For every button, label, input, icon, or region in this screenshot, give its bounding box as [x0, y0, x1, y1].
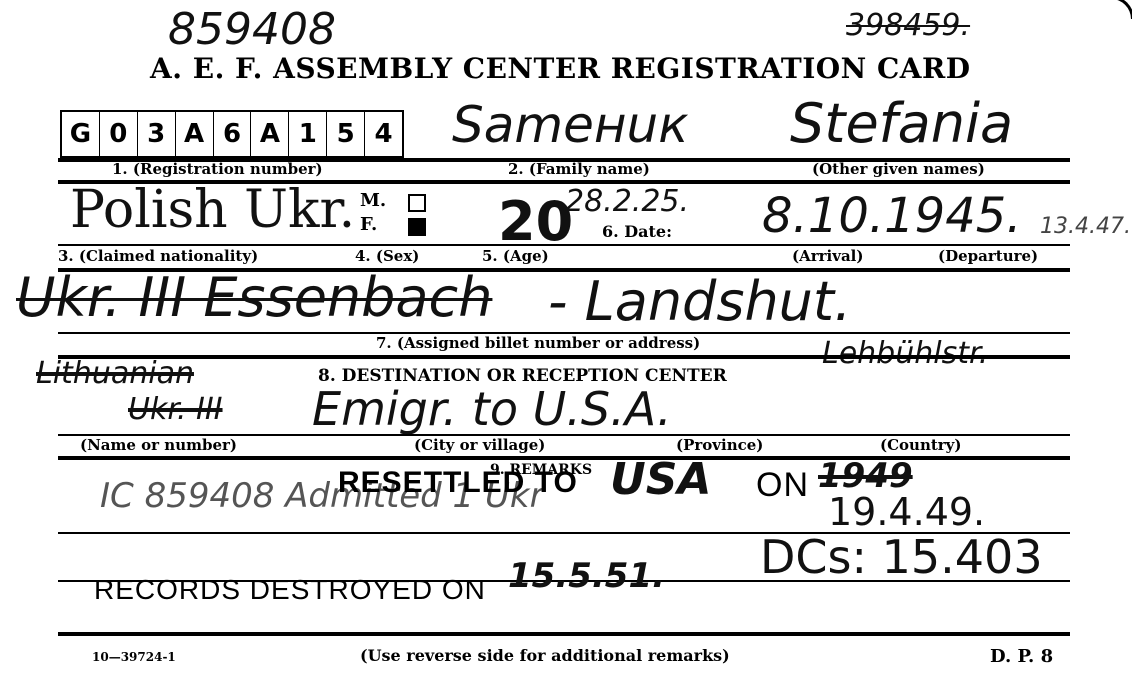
resettled-date-value: 19.4.49.	[828, 490, 985, 534]
label-arrival: (Arrival)	[792, 247, 863, 265]
card-title: A. E. F. ASSEMBLY CENTER REGISTRATION CA…	[150, 52, 971, 85]
billet-value: - Landshut.	[548, 270, 851, 333]
birth-date-value: 28.2.25.	[565, 184, 689, 219]
records-destroyed-date: 15.5.51.	[508, 556, 665, 596]
label-registration-number: 1. (Registration number)	[112, 160, 323, 178]
reg-digit: G	[62, 112, 100, 156]
billet-extra-value: Lehbühlstr.	[822, 336, 988, 371]
sex-m-checkbox[interactable]	[408, 194, 426, 212]
label-departure: (Departure)	[938, 247, 1038, 265]
rule	[58, 632, 1070, 636]
label-other-given-names: (Other given names)	[812, 160, 985, 178]
label-family-name: 2. (Family name)	[508, 160, 650, 178]
card-corner	[1071, 0, 1132, 19]
family-name-value: Sameнuк	[452, 96, 688, 154]
label-province: (Province)	[676, 436, 763, 454]
on-stamp: ON	[756, 466, 809, 505]
reg-digit: 5	[327, 112, 365, 156]
sex-f-label: F.	[360, 214, 377, 235]
rule	[58, 456, 1070, 460]
sex-f-checkbox[interactable]	[408, 218, 426, 236]
reg-digit: 3	[138, 112, 176, 156]
label-billet: 7. (Assigned billet number or address)	[376, 334, 700, 352]
destination-struck-value-2: Ukr. III	[128, 392, 223, 427]
departure-date-value: 13.4.47.	[1040, 214, 1131, 239]
destination-struck-value-1: Lithuanian	[36, 356, 194, 391]
form-code: D. P. 8	[990, 646, 1053, 667]
label-age: 5. (Age)	[482, 247, 549, 265]
serial-number-top-right: 398459.	[846, 8, 970, 43]
label-date: 6. Date:	[602, 222, 672, 241]
given-names-value: Stefania	[790, 92, 1013, 155]
label-country: (Country)	[880, 436, 962, 454]
serial-number-top-left: 859408	[168, 4, 336, 55]
label-claimed-nationality: 3. (Claimed nationality)	[58, 247, 258, 265]
form-number: 10—39724-1	[92, 650, 176, 664]
reverse-side-note: (Use reverse side for additional remarks…	[360, 646, 730, 665]
reg-digit: 6	[214, 112, 252, 156]
rule	[58, 244, 1070, 246]
label-city-or-village: (City or village)	[414, 436, 545, 454]
arrival-date-value: 8.10.1945.	[762, 188, 1022, 244]
registration-number-box: G 0 3 A 6 A 1 5 4	[60, 110, 404, 158]
destination-city-value: Emigr. to U.S.A.	[312, 382, 672, 436]
dcs-value: DCs: 15.403	[760, 530, 1043, 584]
reg-digit: 0	[100, 112, 138, 156]
reg-digit: A	[176, 112, 214, 156]
reg-digit: A	[251, 112, 289, 156]
sex-m-label: M.	[360, 190, 386, 211]
label-name-or-number: (Name or number)	[80, 436, 237, 454]
resettled-country-value: USA	[610, 454, 711, 505]
reg-digit: 4	[365, 112, 402, 156]
reg-digit: 1	[289, 112, 327, 156]
registration-card: 859408 398459. A. E. F. ASSEMBLY CENTER …	[0, 0, 1132, 682]
nationality-value: Polish Ukr.	[70, 180, 355, 240]
resettled-stamp: RESETTLED TO	[338, 466, 578, 500]
billet-struck-value: Ukr. III Essenbach	[16, 266, 492, 329]
rule	[58, 355, 1070, 359]
records-destroyed-stamp: RECORDS DESTROYED ON	[94, 574, 486, 606]
label-sex: 4. (Sex)	[355, 247, 419, 265]
